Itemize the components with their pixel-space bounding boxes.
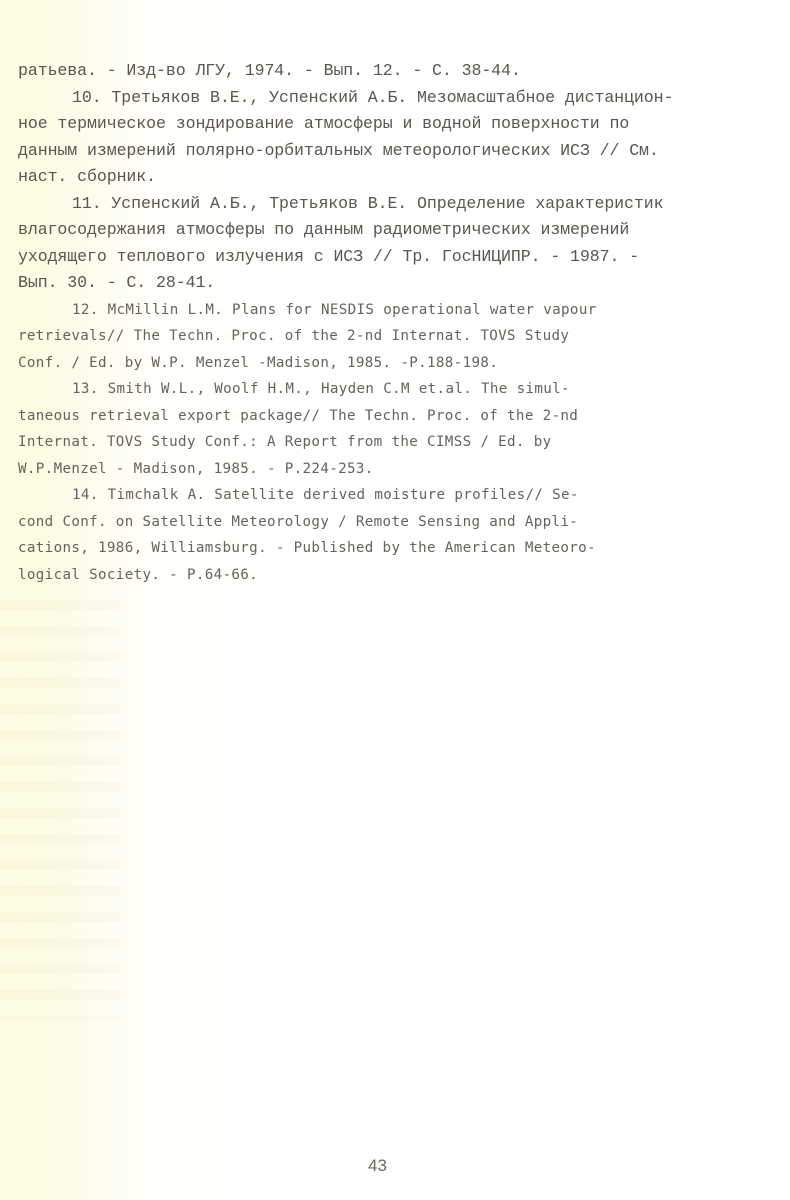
reference-line: cond Conf. on Satellite Meteorology / Re… bbox=[18, 509, 748, 536]
reference-line: logical Society. - P.64-66. bbox=[18, 562, 748, 589]
reference-entry-start-line: 14. Timchalk A. Satellite derived moistu… bbox=[18, 482, 748, 509]
document-page: ратьева. - Изд-во ЛГУ, 1974. - Вып. 12. … bbox=[0, 0, 790, 1200]
reference-list: ратьева. - Изд-во ЛГУ, 1974. - Вып. 12. … bbox=[18, 58, 748, 588]
reference-line: taneous retrieval export package// The T… bbox=[18, 403, 748, 430]
reference-line: Conf. / Ed. by W.P. Menzel -Madison, 198… bbox=[18, 350, 748, 377]
reference-line: Вып. 30. - С. 28-41. bbox=[18, 270, 748, 297]
reference-line: W.P.Menzel - Madison, 1985. - P.224-253. bbox=[18, 456, 748, 483]
reference-line: Internat. TOVS Study Conf.: A Report fro… bbox=[18, 429, 748, 456]
reference-entry-start-line: 11. Успенский А.Б., Третьяков В.Е. Опред… bbox=[18, 191, 748, 218]
reference-line: уходящего теплового излучения с ИСЗ // Т… bbox=[18, 244, 748, 271]
reference-line: ное термическое зондирование атмосферы и… bbox=[18, 111, 748, 138]
reference-entry-start-line: 13. Smith W.L., Woolf H.M., Hayden C.M e… bbox=[18, 376, 748, 403]
reference-line: cations, 1986, Williamsburg. - Published… bbox=[18, 535, 748, 562]
reference-line: ратьева. - Изд-во ЛГУ, 1974. - Вып. 12. … bbox=[18, 58, 748, 85]
reference-line: влагосодержания атмосферы по данным ради… bbox=[18, 217, 748, 244]
reference-entry-start-line: 10. Третьяков В.Е., Успенский А.Б. Мезом… bbox=[18, 85, 748, 112]
page-number: 43 bbox=[368, 1156, 387, 1176]
bleed-through-shadow bbox=[0, 600, 120, 1020]
reference-line: наст. сборник. bbox=[18, 164, 748, 191]
reference-line: данным измерений полярно-орбитальных мет… bbox=[18, 138, 748, 165]
reference-entry-start-line: 12. McMillin L.M. Plans for NESDIS opera… bbox=[18, 297, 748, 324]
reference-line: retrievals// The Techn. Proc. of the 2-n… bbox=[18, 323, 748, 350]
